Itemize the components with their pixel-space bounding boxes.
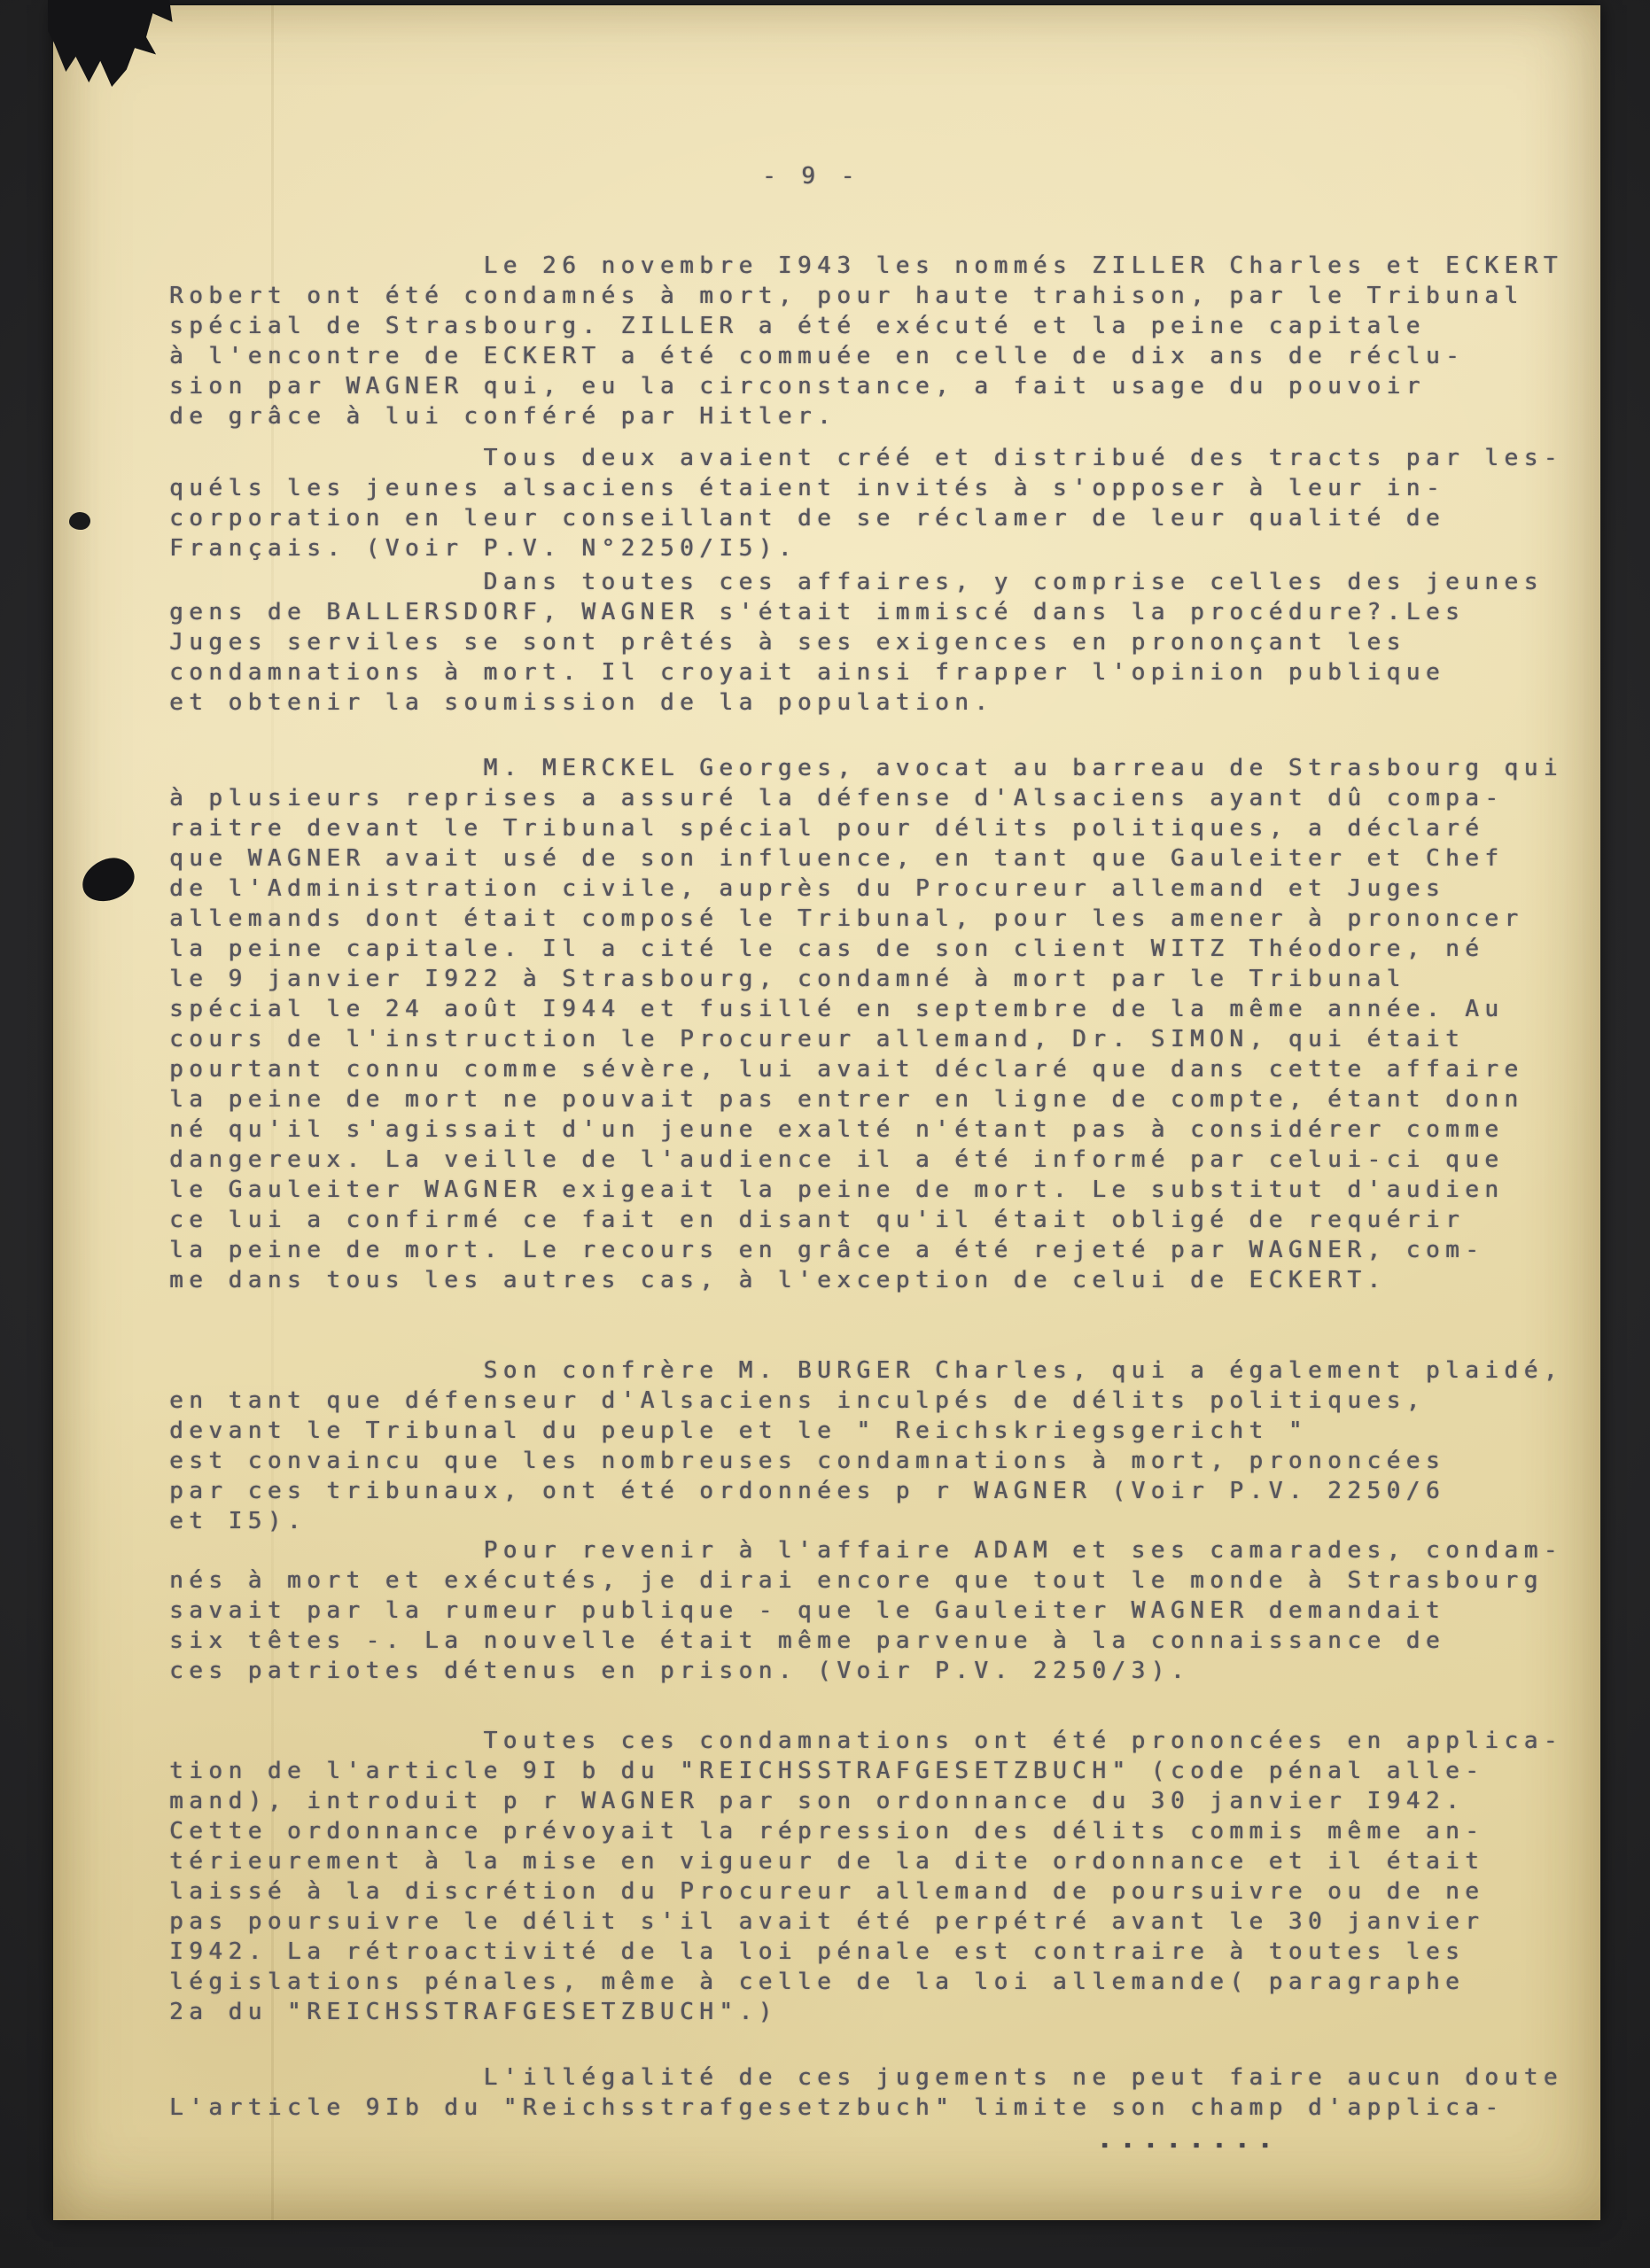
paragraph-adam: Pour revenir à l'affaire ADAM et ses cam… [169,1535,1587,1686]
paragraph-reichsstrafgesetzbuch: Toutes ces condamnations ont été prononc… [169,1726,1587,2027]
punch-hole-top [69,512,90,530]
paragraph-illegalite: L'illégalité de ces jugements ne peut fa… [169,2062,1587,2123]
punch-hole-bottom [76,852,139,907]
paragraph-burger: Son confrère M. BURGER Charles, qui a ég… [169,1355,1587,1536]
paragraph-merckel: M. MERCKEL Georges, avocat au barreau de… [169,753,1587,1295]
paragraph-ballersdorf: Dans toutes ces affaires, y comprise cel… [169,567,1587,718]
torn-corner-mark [48,0,212,106]
page-number: - 9 - [762,161,860,191]
end-dots: ........ [1097,2124,1280,2155]
paragraph-tracts: Tous deux avaient créé et distribué des … [169,443,1587,563]
scanned-document-page: - 9 - Le 26 novembre I943 les nommés ZIL… [53,5,1600,2220]
paragraph-ziller-eckert: Le 26 novembre I943 les nommés ZILLER Ch… [169,251,1587,431]
